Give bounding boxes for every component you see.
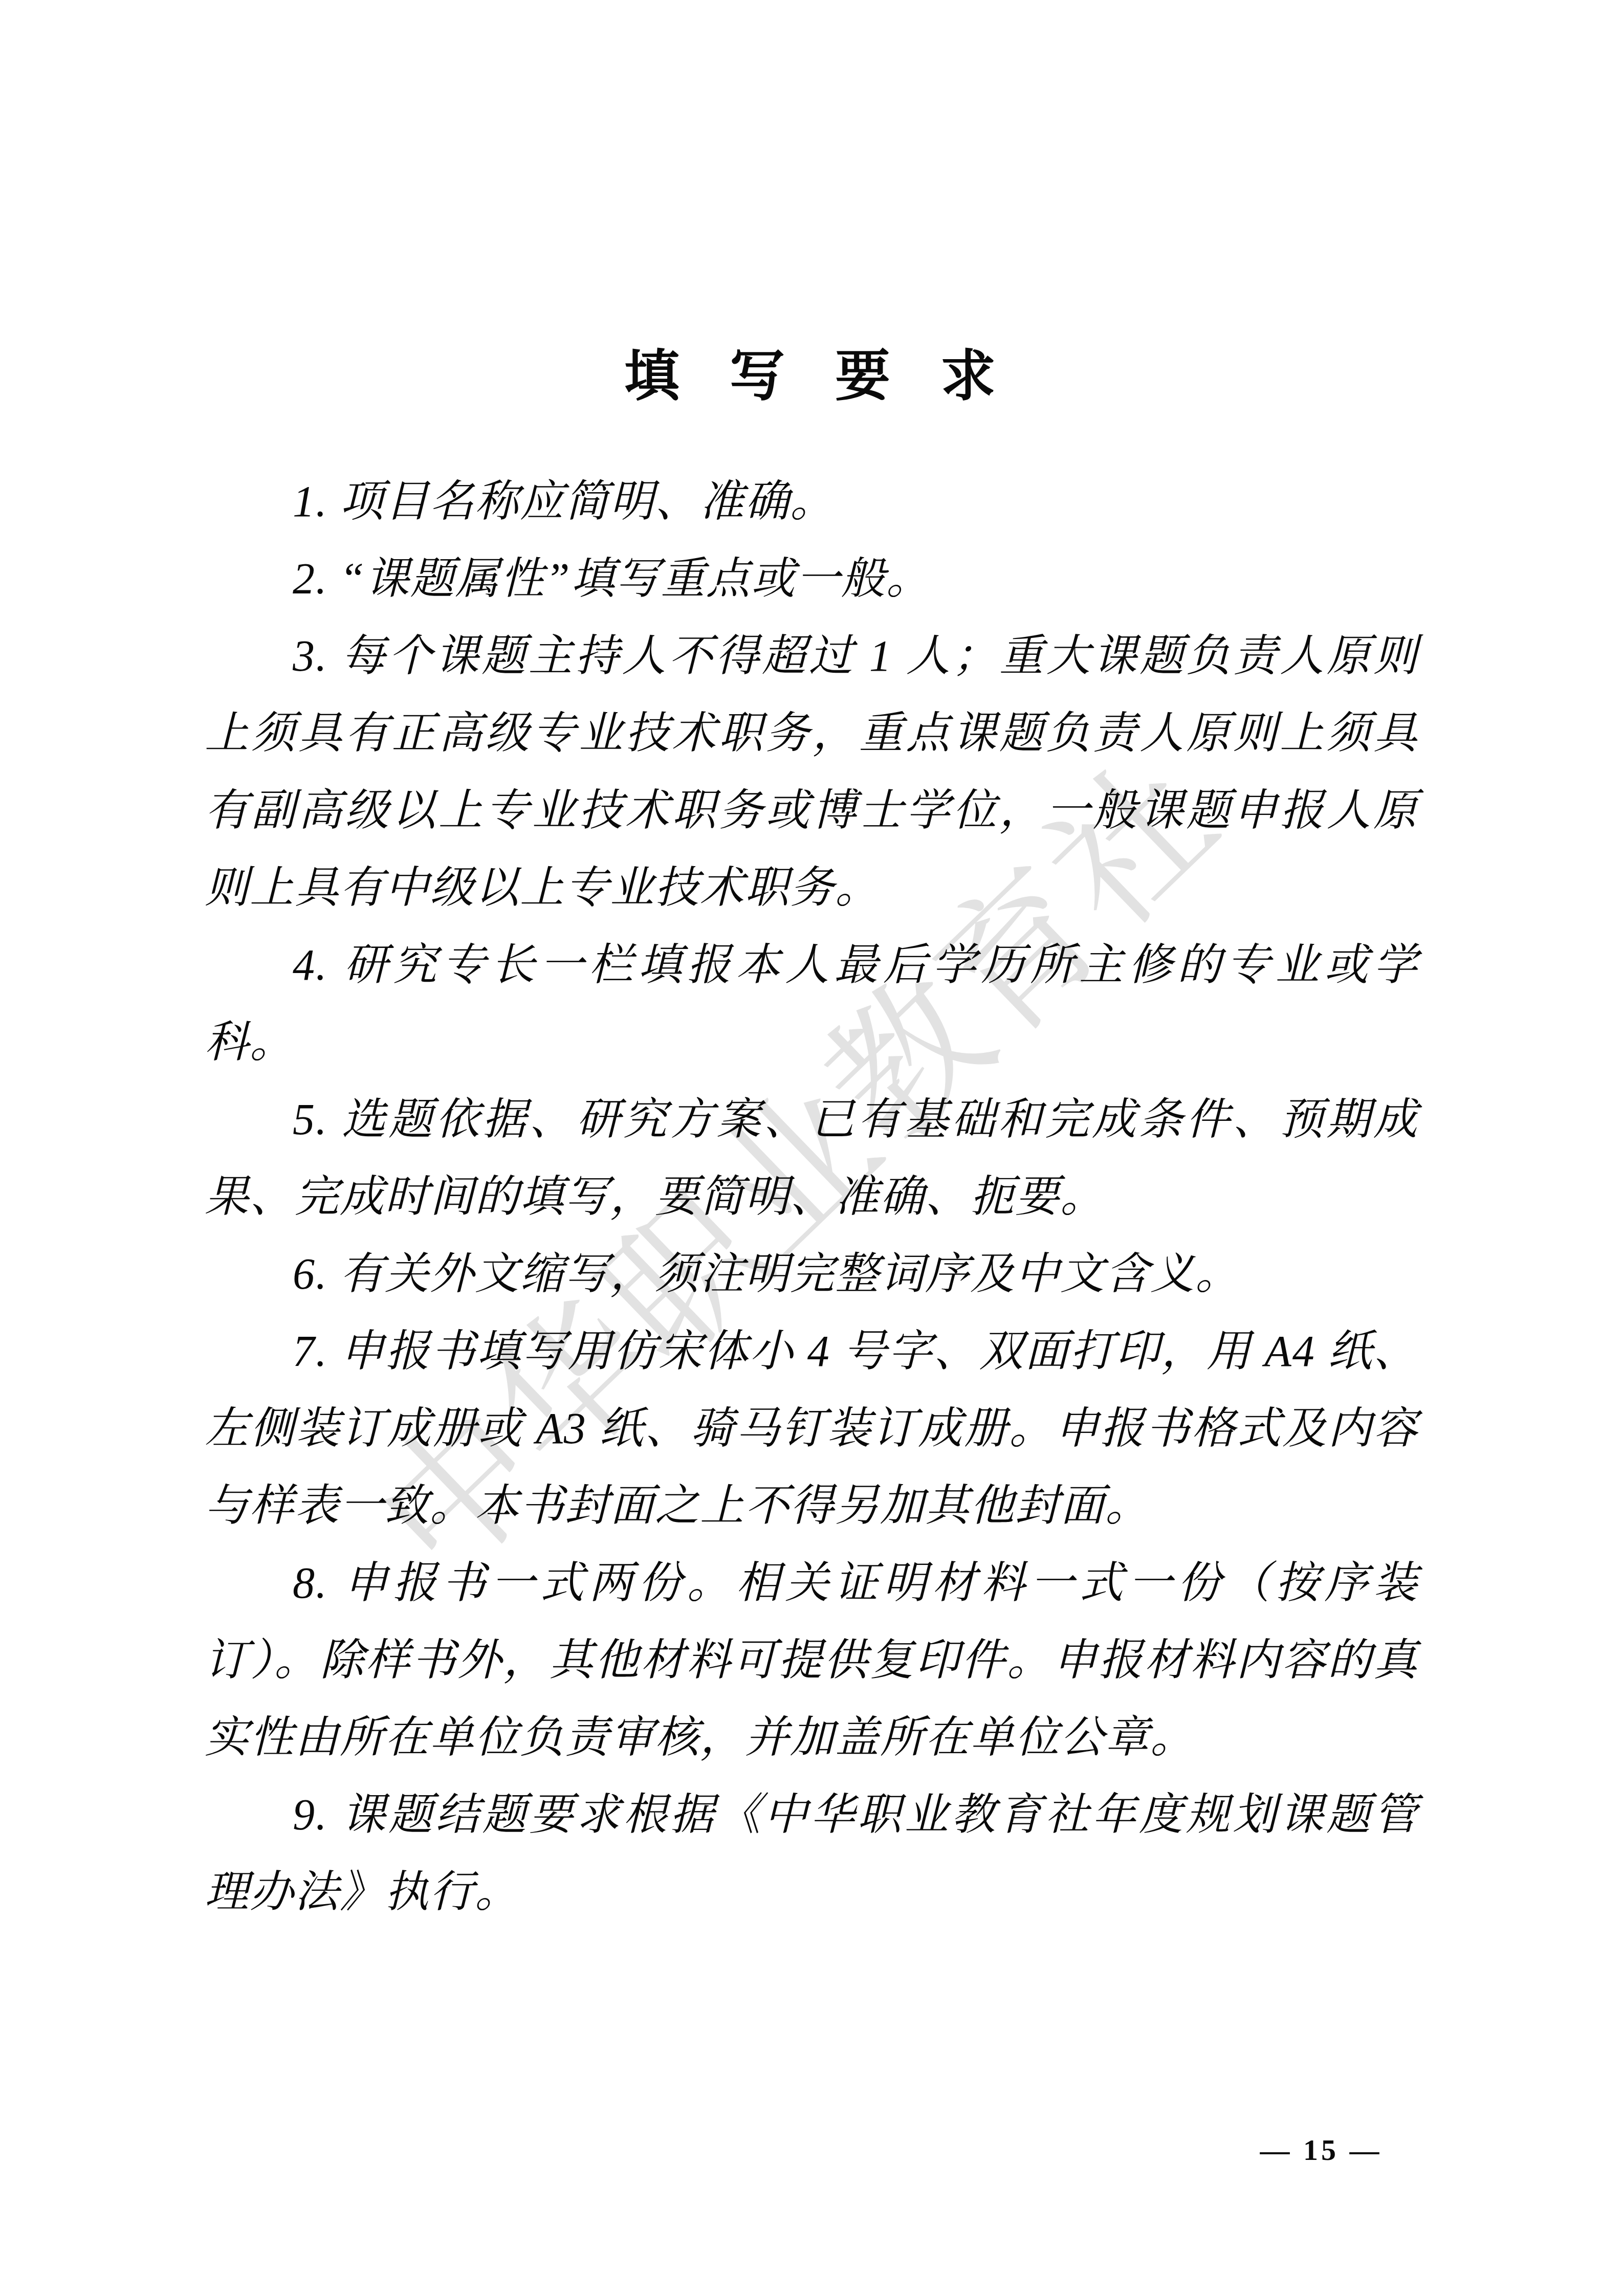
requirement-item-7: 7. 申报书填写用仿宋体小 4 号字、双面打印，用 A4 纸、左侧装订成册或 A… [205,1313,1418,1544]
requirement-list: 1. 项目名称应简明、准确。 2. “课题属性”填写重点或一般。 3. 每个课题… [205,463,1418,1931]
page-number: — 15 — [1234,2132,1408,2168]
requirement-item-9: 9. 课题结题要求根据《中华职业教育社年度规划课题管理办法》执行。 [205,1776,1418,1931]
requirement-item-6: 6. 有关外文缩写，须注明完整词序及中文含义。 [205,1235,1418,1313]
page-title: 填 写 要 求 [0,343,1623,409]
requirement-item-5: 5. 选题依据、研究方案、已有基础和完成条件、预期成果、完成时间的填写，要简明、… [205,1081,1418,1235]
document-page: 中华职业教育社 填 写 要 求 1. 项目名称应简明、准确。 2. “课题属性”… [0,0,1623,2296]
requirement-item-2: 2. “课题属性”填写重点或一般。 [205,540,1418,617]
requirement-item-8: 8. 申报书一式两份。相关证明材料一式一份（按序装订）。除样书外，其他材料可提供… [205,1544,1418,1776]
requirement-item-4: 4. 研究专长一栏填报本人最后学历所主修的专业或学科。 [205,926,1418,1081]
requirement-item-1: 1. 项目名称应简明、准确。 [205,463,1418,540]
requirement-item-3: 3. 每个课题主持人不得超过 1 人；重大课题负责人原则上须具有正高级专业技术职… [205,617,1418,926]
